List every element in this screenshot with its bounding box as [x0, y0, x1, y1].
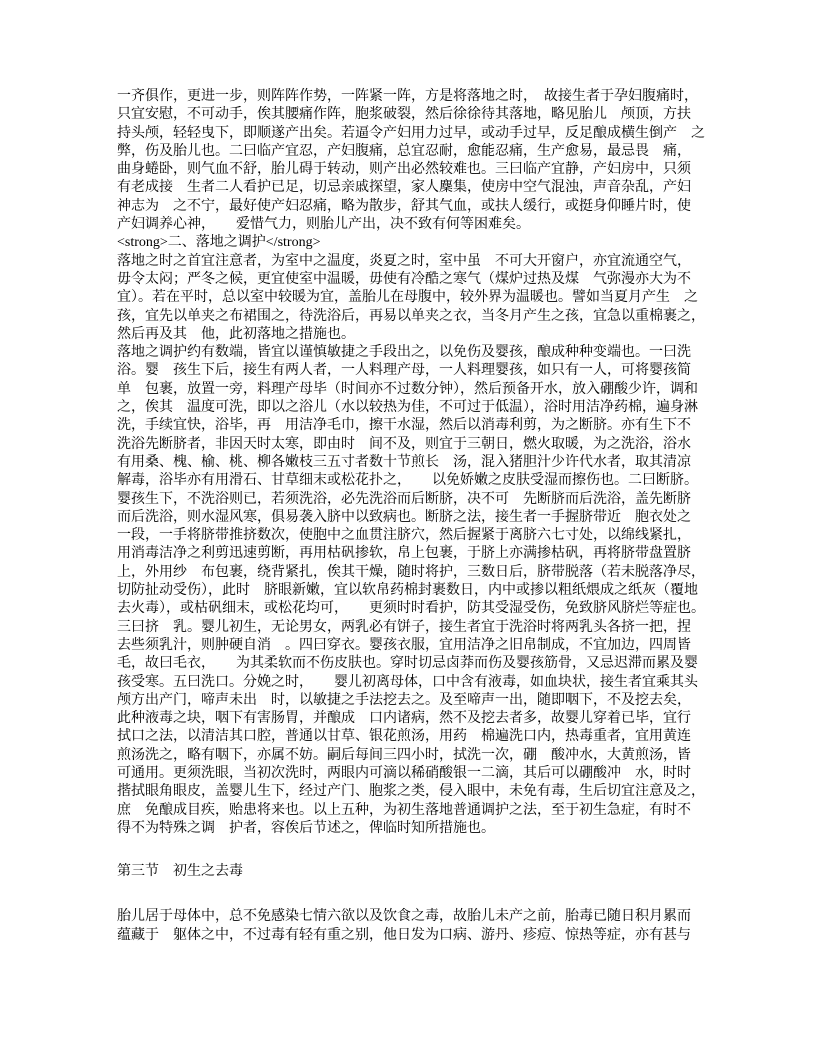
text-line: 去火毒），或枯矾细末，或松花均可， 更须时时看护，防其受湿受伤，免致脐风脐烂等症… — [117, 600, 709, 618]
paragraph-room-temperature: 落地之时之首宜注意者，为室中之温度，炎夏之时，室中虽 不可大开窗户，亦宜流通空气… — [117, 253, 709, 344]
paragraph-fetal-toxin: 胎儿居于母体中，总不免感染七情六欲以及饮食之毒，故胎儿未产之前，胎毒已随日积月累… — [117, 908, 709, 945]
text-line: 蕴藏于 躯体之中，不过毒有轻有重之别，他日发为口病、游丹、疹痘、惊热等症，亦有甚… — [117, 927, 709, 945]
text-line: 得不为特殊之调 护者，容俟后节述之，俾临时知所措施也。 — [117, 820, 709, 838]
text-line: 而后洗浴，则水湿风寒，俱易袭入脐中以致病也。断脐之法，接生者一手握脐带近 胞衣处… — [117, 509, 709, 527]
text-line: 胎儿居于母体中，总不免感染七情六欲以及饮食之毒，故胎儿未产之前，胎毒已随日积月累… — [117, 908, 709, 926]
text-line: 一段，一手将脐带推挤数次，使胞中之血贯注脐穴，然后握紧于离脐六七寸处，以绵线紧扎… — [117, 527, 709, 545]
text-line: 孩受寒。五曰洗口。分娩之时， 婴儿初离母体，口中含有液毒，如血块状，接生者宜乘其… — [117, 674, 709, 692]
text-line: 第三节 初生之去毒 — [117, 863, 709, 881]
text-line: 煎汤洗之，略有咽下，亦属不妨。嗣后每间三四小时，拭洗一次，硼 酸冲水，大黄煎汤，… — [117, 747, 709, 765]
text-line: 神志为 之不宁，最好使产妇忍痛，略为散步，舒其气血，或扶人缓行，或挺身仰睡片时，… — [117, 198, 709, 216]
text-line: 去些须乳汁，则肿硬自消 。四曰穿衣。婴孩衣服，宜用洁净之旧帛制成，不宜加边，四周… — [117, 637, 709, 655]
text-line: 揩拭眼角眼皮，盖婴儿生下，经过产门、胞浆之类，侵入眼中，未免有毒，生后切宜注意及… — [117, 783, 709, 801]
text-line: 只宜安慰，不可动手，俟其腰痛作阵，胞浆破裂，然后徐徐待其落地，略见胎儿 颅顶，方… — [117, 106, 709, 124]
text-line: 一齐俱作，更进一步，则阵阵作势，一阵紧一阵，方是将落地之时， 故接生者于孕妇腹痛… — [117, 88, 709, 106]
text-line: 婴孩生下，不洗浴则已，若须洗浴，必先洗浴而后断脐，决不可 先断脐而后洗浴，盖先断… — [117, 491, 709, 509]
text-line: 拭口之法，以清洁其口腔，普通以甘草、银花煎汤，用药 棉遍洗口内，热毒重者，宜用黄… — [117, 728, 709, 746]
text-line: 可通用。更须洗眼，当初次洗时，两眼内可滴以稀硝酸银一二滴，其后可以硼酸冲 水，时… — [117, 765, 709, 783]
text-line: 三曰挤 乳。婴儿初生，无论男女，两乳必有饼子，接生者宜于洗浴时将两乳头各挤一把，… — [117, 619, 709, 637]
text-line: 用消毒洁净之利剪迅速剪断，再用枯矾掺软，帛上包裹，于脐上亦满掺枯矾，再将脐带盘置… — [117, 545, 709, 563]
text-line: 有用桑、槐、榆、桃、柳各嫩枝三五寸者数十节煎长 汤，混入猪胆汁少许代水者，取其清… — [117, 454, 709, 472]
text-line: 庶 免酿成目疾，贻患将来也。以上五种，为初生落地普通调护之法，至于初生急症，有时… — [117, 802, 709, 820]
text-line: 毛，故曰毛衣， 为其柔软而不伤皮肤也。穿时切忌卤莽而伤及婴孩筋骨，又忌迟滞而累及… — [117, 655, 709, 673]
text-line: 弊，伤及胎儿也。二曰临产宜忍，产妇腹痛，总宜忍耐，愈能忍痛，生产愈易，最忌畏 痛… — [117, 143, 709, 161]
text-line: 宜）。若在平时，总以室中较暖为宜，盖胎儿在母腹中，较外界为温暖也。譬如当夏月产生… — [117, 289, 709, 307]
paragraph-five-care-methods: 落地之调护约有数端，皆宜以谨慎敏捷之手段出之，以免伤及婴孩，酿成种种变端也。一曰… — [117, 344, 709, 838]
text-line: 洗浴先断脐者，非因天时太寒，即由时 间不及，则宜于三朝日，燃火取暖，为之洗浴，浴… — [117, 436, 709, 454]
text-line: 上，外用纱 布包裹，绕背紧扎，俟其干燥，随时将护，三数日后，脐带脱落（若未脱落净… — [117, 564, 709, 582]
text-line: 浴。婴 孩生下后，接生有两人者，一人料理产母，一人料理婴孩，如只有一人，可将婴孩… — [117, 362, 709, 380]
text-line: <strong>二、落地之调护</strong> — [117, 234, 709, 252]
text-line: 曲身蜷卧，则气血不舒，胎儿碍于转动，则产出必然较难也。三曰临产宜静，产妇房中，只… — [117, 161, 709, 179]
text-line: 此种液毒之块，咽下有害肠胃，并酿成 口内诸病，然不及挖去者多，故婴儿穿着已毕，宜… — [117, 710, 709, 728]
text-line: 落地之调护约有数端，皆宜以谨慎敏捷之手段出之，以免伤及婴孩，酿成种种变端也。一曰… — [117, 344, 709, 362]
section-heading: 第三节 初生之去毒 — [117, 863, 709, 881]
text-line: 落地之时之首宜注意者，为室中之温度，炎夏之时，室中虽 不可大开窗户，亦宜流通空气… — [117, 253, 709, 271]
text-line: 洗，手续宜快，浴毕，再 用洁净毛巾，擦干水湿，然后以消毒利剪，为之断脐。亦有生下… — [117, 417, 709, 435]
text-line: 解毒，浴毕亦有用滑石、甘草细末或松花扑之， 以免娇嫩之皮肤受湿而擦伤也。二曰断脐… — [117, 472, 709, 490]
text-line: 毋令太闷；严冬之候，更宜使室中温暖，毋使有冷酷之寒气（煤炉过热及煤 气弥漫亦大为… — [117, 271, 709, 289]
text-line: 单 包裹，放置一旁，料理产母毕（时间亦不过数分钟），然后预备开水，放入硼酸少许，… — [117, 381, 709, 399]
literal-strong-tag-line: <strong>二、落地之调护</strong> — [117, 234, 709, 252]
document-body: 一齐俱作，更进一步，则阵阵作势，一阵紧一阵，方是将落地之时， 故接生者于孕妇腹痛… — [117, 88, 709, 945]
text-line: 然后再及其 他，此初落地之措施也。 — [117, 326, 709, 344]
text-line: 有老成接 生者二人看护已足，切忌亲戚探望，家人麇集，使房中空气混浊，声音杂乱，产… — [117, 179, 709, 197]
text-line: 孩，宜先以单夹之布裙围之，待洗浴后，再易以单夹之衣，当冬月产生之孩，宜急以重棉裹… — [117, 308, 709, 326]
text-line: 持头颅，轻轻曳下，即顺遂产出矣。若逼令产妇用力过早，或动手过早，反足酿成横生倒产… — [117, 125, 709, 143]
text-line: 产妇调养心神， 爱惜气力，则胎儿产出，决不致有何等困难矣。 — [117, 216, 709, 234]
paragraph-labor-advice: 一齐俱作，更进一步，则阵阵作势，一阵紧一阵，方是将落地之时， 故接生者于孕妇腹痛… — [117, 88, 709, 234]
text-line: 颅方出产门，啼声未出 时，以敏捷之手法挖去之。及至啼声一出，随即咽下，不及挖去矣… — [117, 692, 709, 710]
text-line: 切防扯动受伤），此时 脐眼新嫩，宜以软帛药棉封裹数日，内中或掺以粗纸煨成之纸灰（… — [117, 582, 709, 600]
document-page: 一齐俱作，更进一步，则阵阵作势，一阵紧一阵，方是将落地之时， 故接生者于孕妇腹痛… — [0, 0, 816, 1056]
text-line: 之，俟其 温度可洗，即以之浴儿（水以较热为佳，不可过于低温），浴时用洁净药棉，遍… — [117, 399, 709, 417]
